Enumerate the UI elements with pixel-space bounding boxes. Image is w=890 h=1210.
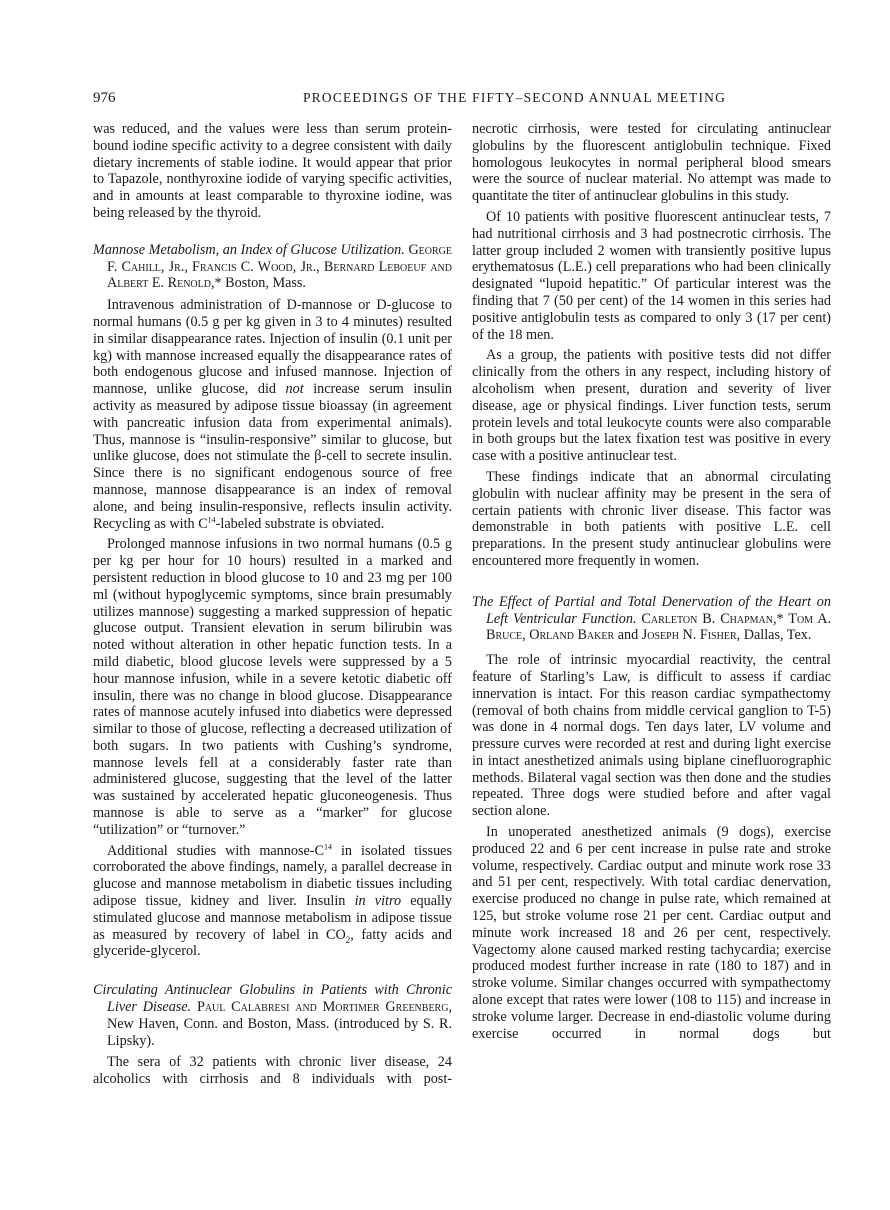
left-column: was reduced, and the values were less th…	[93, 121, 452, 1088]
body-paragraph: Of 10 patients with positive fluorescent…	[472, 209, 831, 343]
page-number: 976	[93, 88, 116, 108]
body-paragraph: necrotic cirrhosis, were tested for circ…	[472, 121, 831, 205]
right-column: necrotic cirrhosis, were tested for circ…	[472, 121, 831, 1042]
body-paragraph: The role of intrinsic myocardial reactiv…	[472, 652, 831, 820]
abstract-authors: Carleton B. Chapman,	[641, 611, 776, 627]
text-run: -labeled substrate is obviated.	[216, 516, 385, 532]
abstract-location: New Haven, Conn. and Boston, Mass. (intr…	[107, 1016, 452, 1049]
body-paragraph: Additional studies with mannose-C14 in i…	[93, 843, 452, 961]
author-footnote-mark: *	[215, 275, 222, 291]
abstract-heading-mannose: Mannose Metabolism, an Index of Glucose …	[93, 242, 452, 292]
author-footnote-mark: *	[777, 611, 784, 627]
emphasis: in vitro	[355, 893, 401, 909]
text-run: Additional studies with mannose-C	[107, 843, 324, 859]
abstract-title: Mannose Metabolism, an Index of Glucose …	[93, 242, 405, 258]
conjunction: and	[614, 627, 642, 643]
text-run: increase serum insulin activity as measu…	[93, 381, 452, 531]
superscript: 14	[324, 842, 332, 851]
body-paragraph: The sera of 32 patients with chronic liv…	[93, 1054, 452, 1088]
body-paragraph: As a group, the patients with positive t…	[472, 347, 831, 465]
superscript: 14	[208, 515, 216, 524]
body-paragraph: Intravenous administration of D-mannose …	[93, 297, 452, 532]
body-paragraph: Prolonged mannose infusions in two norma…	[93, 536, 452, 838]
abstract-heading-antinuclear: Circulating Antinuclear Globulins in Pat…	[93, 982, 452, 1049]
journal-title: PROCEEDINGS OF THE FIFTY–SECOND ANNUAL M…	[199, 88, 830, 108]
abstract-heading-denervation: The Effect of Partial and Total Denervat…	[472, 594, 831, 644]
abstract-authors: Joseph N. Fisher,	[642, 627, 740, 643]
body-paragraph: In unoperated anesthetized animals (9 do…	[472, 824, 831, 1042]
abstract-location: Dallas, Tex.	[740, 627, 811, 643]
body-paragraph: These findings indicate that an abnormal…	[472, 469, 831, 570]
emphasis: not	[286, 381, 304, 397]
continued-paragraph: was reduced, and the values were less th…	[93, 121, 452, 222]
abstract-authors: Paul Calabresi and Mortimer Greenberg,	[197, 999, 452, 1015]
abstract-location: Boston, Mass.	[222, 275, 306, 291]
